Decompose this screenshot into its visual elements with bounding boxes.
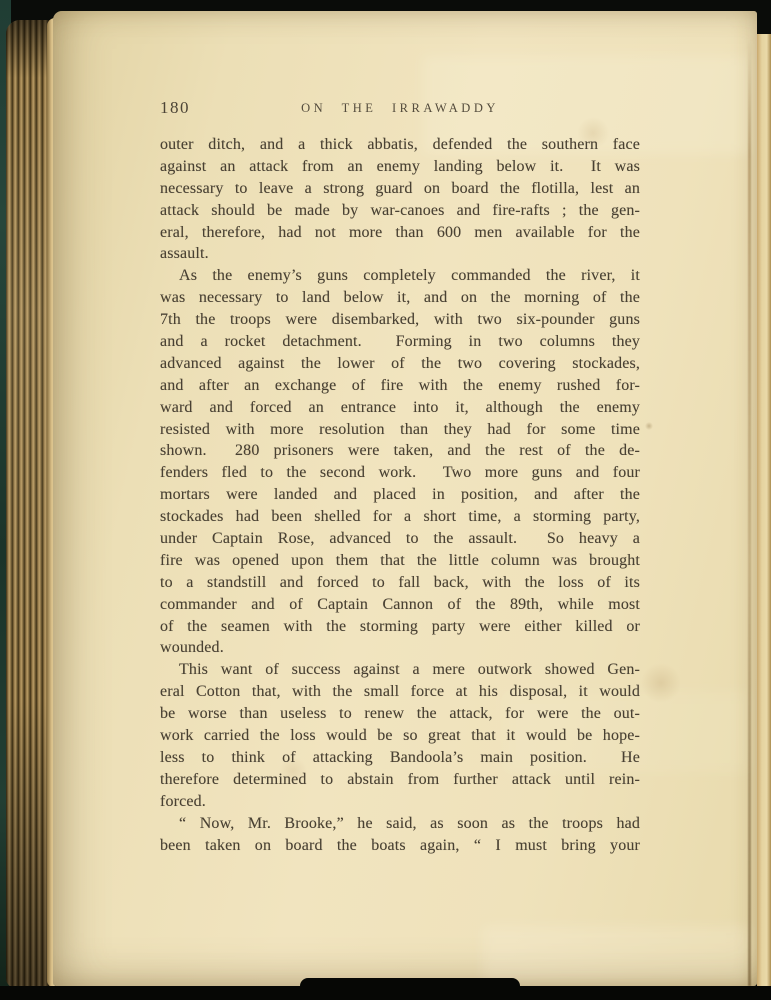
text-line: forced. [160, 791, 640, 813]
text-line: and after an exchange of fire with the e… [160, 375, 640, 397]
text-line: fire was opened upon them that the littl… [160, 550, 640, 572]
text-line: been taken on board the boats again, “ I… [160, 835, 640, 857]
text-line: fenders fled to the second work. Two mor… [160, 462, 640, 484]
text-line: commander and of Captain Cannon of the 8… [160, 594, 640, 616]
text-line: mortars were landed and placed in positi… [160, 484, 640, 506]
page-header: 180 ON THE IRRAWADDY [160, 98, 640, 120]
text-line: of the seamen with the storming party we… [160, 616, 640, 638]
text-line: against an attack from an enemy landing … [160, 156, 640, 178]
text-line: outer ditch, and a thick abbatis, defend… [160, 134, 640, 156]
text-line: and a rocket detachment. Forming in two … [160, 331, 640, 353]
text-line: shown. 280 prisoners were taken, and the… [160, 440, 640, 462]
text-line: eral, therefore, had not more than 600 m… [160, 222, 640, 244]
text-line: As the enemy’s guns completely commanded… [160, 265, 640, 287]
page-stack-left [6, 20, 50, 988]
text-line: less to think of attacking Bandoola’s ma… [160, 747, 640, 769]
text-line: stockades had been shelled for a short t… [160, 506, 640, 528]
text-line: to a standstill and forced to fall back,… [160, 572, 640, 594]
book-scan: 180 ON THE IRRAWADDY outer ditch, and a … [0, 0, 771, 1000]
next-page-edge [757, 34, 771, 987]
text-line: necessary to leave a strong guard on boa… [160, 178, 640, 200]
text-line: work carried the loss would be so great … [160, 725, 640, 747]
running-header: ON THE IRRAWADDY [160, 101, 640, 116]
text-line: assault. [160, 243, 640, 265]
text-line: resisted with more resolution than they … [160, 419, 640, 441]
text-line: wounded. [160, 637, 640, 659]
body-text: outer ditch, and a thick abbatis, defend… [160, 134, 640, 856]
text-line: “ Now, Mr. Brooke,” he said, as soon as … [160, 813, 640, 835]
text-line: 7th the troops were disembarked, with tw… [160, 309, 640, 331]
page-crease [748, 39, 751, 986]
text-line: was necessary to land below it, and on t… [160, 287, 640, 309]
text-line: attack should be made by war-canoes and … [160, 200, 640, 222]
scan-glare [483, 926, 749, 984]
text-line: advanced against the lower of the two co… [160, 353, 640, 375]
text-line: therefore determined to abstain from fur… [160, 769, 640, 791]
text-line: ward and forced an entrance into it, alt… [160, 397, 640, 419]
text-line: under Captain Rose, advanced to the assa… [160, 528, 640, 550]
cover-bottom-edge [0, 986, 771, 1000]
text-line: This want of success against a mere outw… [160, 659, 640, 681]
text-line: be worse than useless to renew the attac… [160, 703, 640, 725]
text-line: eral Cotton that, with the small force a… [160, 681, 640, 703]
book-page: 180 ON THE IRRAWADDY outer ditch, and a … [53, 11, 757, 986]
